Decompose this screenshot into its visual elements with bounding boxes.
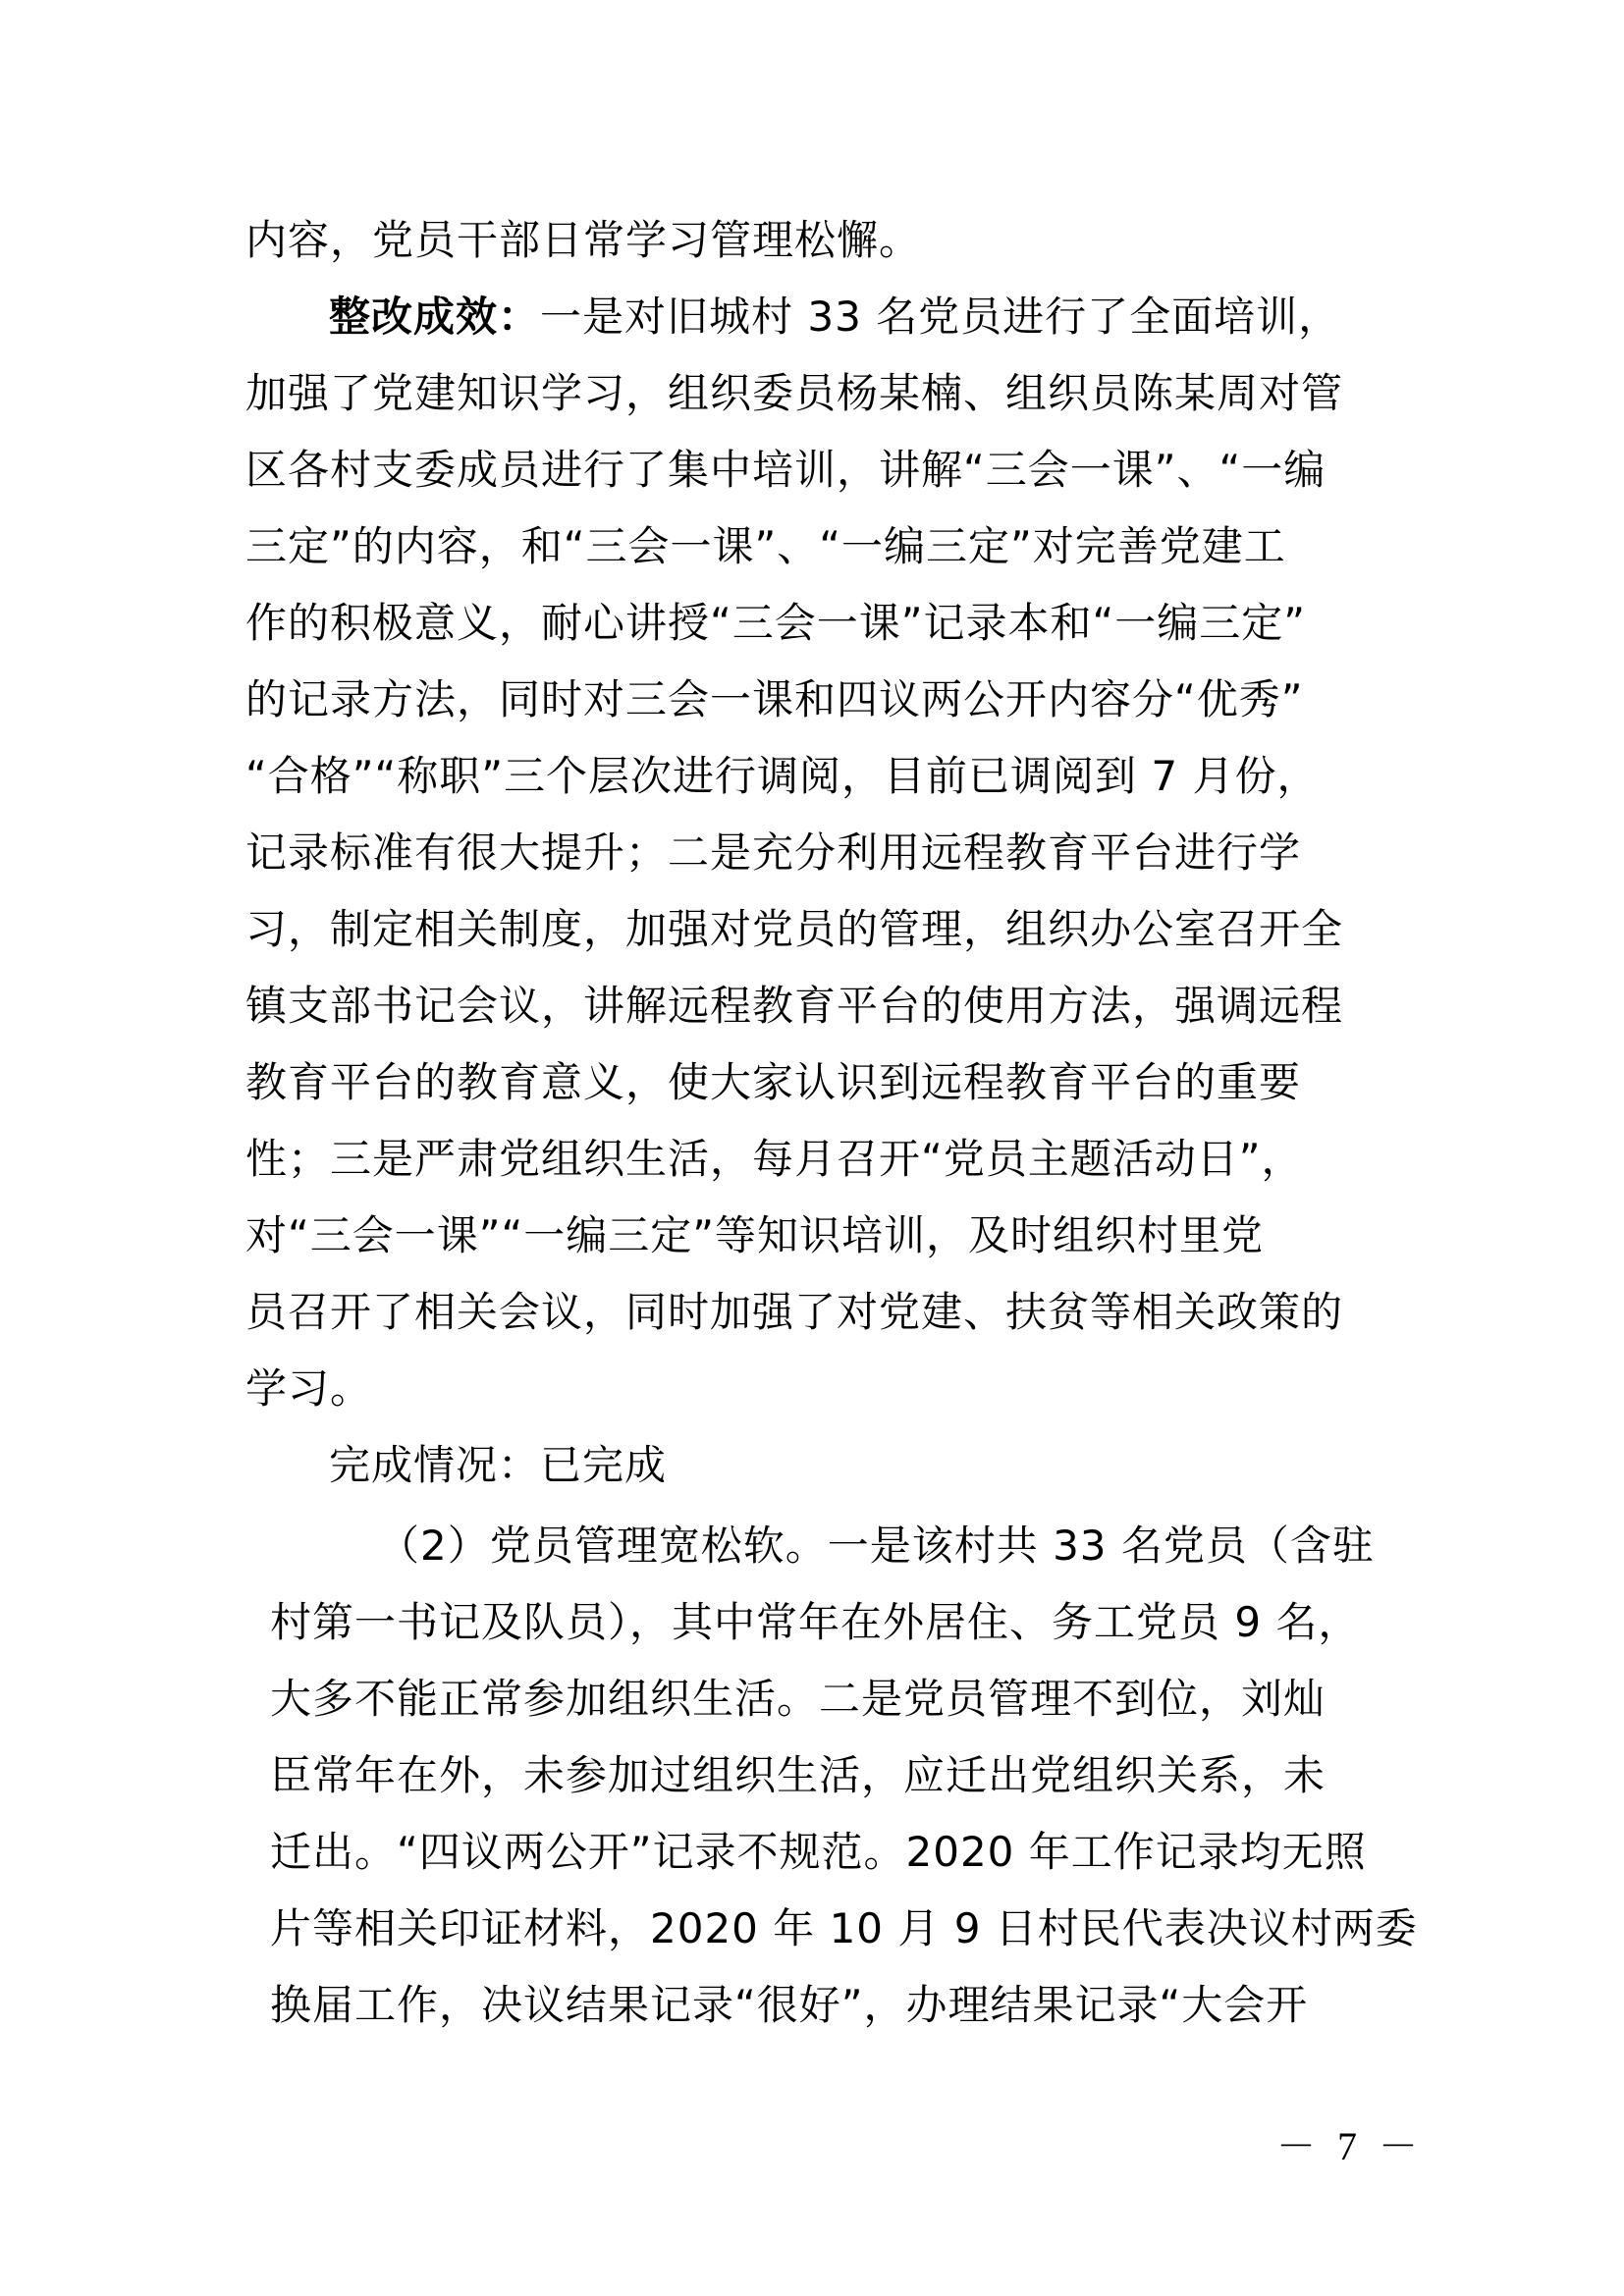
section1-line: 加强了党建知识学习，组织委员杨某楠、组织员陈某周对管 [245,364,1394,423]
section1-line: 记录标准有很大提升；二是充分利用远程教育平台进行学 [245,824,1394,882]
section1-line: 习，制定相关制度，加强对党员的管理，组织办公室召开全 [245,900,1394,959]
section2-line: 臣常年在外，未参加过组织生活，应迁出党组织关系，未 [270,1746,1419,1805]
document-page: 内容，党员干部日常学习管理松懈。 整改成效：一是对旧城村 33 名党员进行了全面… [0,0,1624,2296]
section1-first-line: 整改成效：一是对旧城村 33 名党员进行了全面培训， [329,288,1478,347]
section2-line: 换届工作，决议结果记录“很好”，办理结果记录“大会开 [270,1976,1419,2035]
paragraph-tail: 内容，党员干部日常学习管理松懈。 [245,211,1394,270]
section1-line: 性；三是严肃党组织生活，每月召开“党员主题活动日”， [245,1130,1394,1189]
section1-line: 作的积极意义，耐心讲授“三会一课”记录本和“一编三定” [245,594,1394,653]
section2-line: 大多不能正常参加组织生活。二是党员管理不到位，刘灿 [270,1670,1419,1729]
section2-line: 村第一书记及队员），其中常年在外居住、务工党员 9 名， [270,1593,1419,1652]
page-number: － 7 － [1276,2115,1424,2171]
section1-line: 的记录方法，同时对三会一课和四议两公开内容分“优秀” [245,670,1394,729]
section1-line: 三定”的内容，和“三会一课”、“一编三定”对完善党建工 [245,517,1394,576]
section1-line: 一是对旧城村 33 名党员进行了全面培训， [540,293,1340,341]
section2-line: 迁出。“四议两公开”记录不规范。2020 年工作记录均无照 [270,1823,1419,1882]
section1-heading: 整改成效： [329,293,540,341]
section1-line: 学习。 [245,1360,1394,1418]
completion-status: 完成情况：已完成 [329,1436,1478,1495]
section2-line: 片等相关印证材料，2020 年 10 月 9 日村民代表决议村两委 [270,1899,1419,1958]
section1-line: 区各村支委成员进行了集中培训，讲解“三会一课”、“一编 [245,441,1394,500]
section1-line: 教育平台的教育意义，使大家认识到远程教育平台的重要 [245,1053,1394,1112]
section1-line: 对“三会一课”“一编三定”等知识培训，及时组织村里党 [245,1206,1394,1265]
section2-line: （2）党员管理宽松软。一是该村共 33 名党员（含驻 [378,1517,1527,1575]
section1-line: 员召开了相关会议，同时加强了对党建、扶贫等相关政策的 [245,1283,1394,1342]
section1-line: “合格”“称职”三个层次进行调阅，目前已调阅到 7 月份， [245,747,1394,806]
section1-line: 镇支部书记会议，讲解远程教育平台的使用方法，强调远程 [245,977,1394,1036]
